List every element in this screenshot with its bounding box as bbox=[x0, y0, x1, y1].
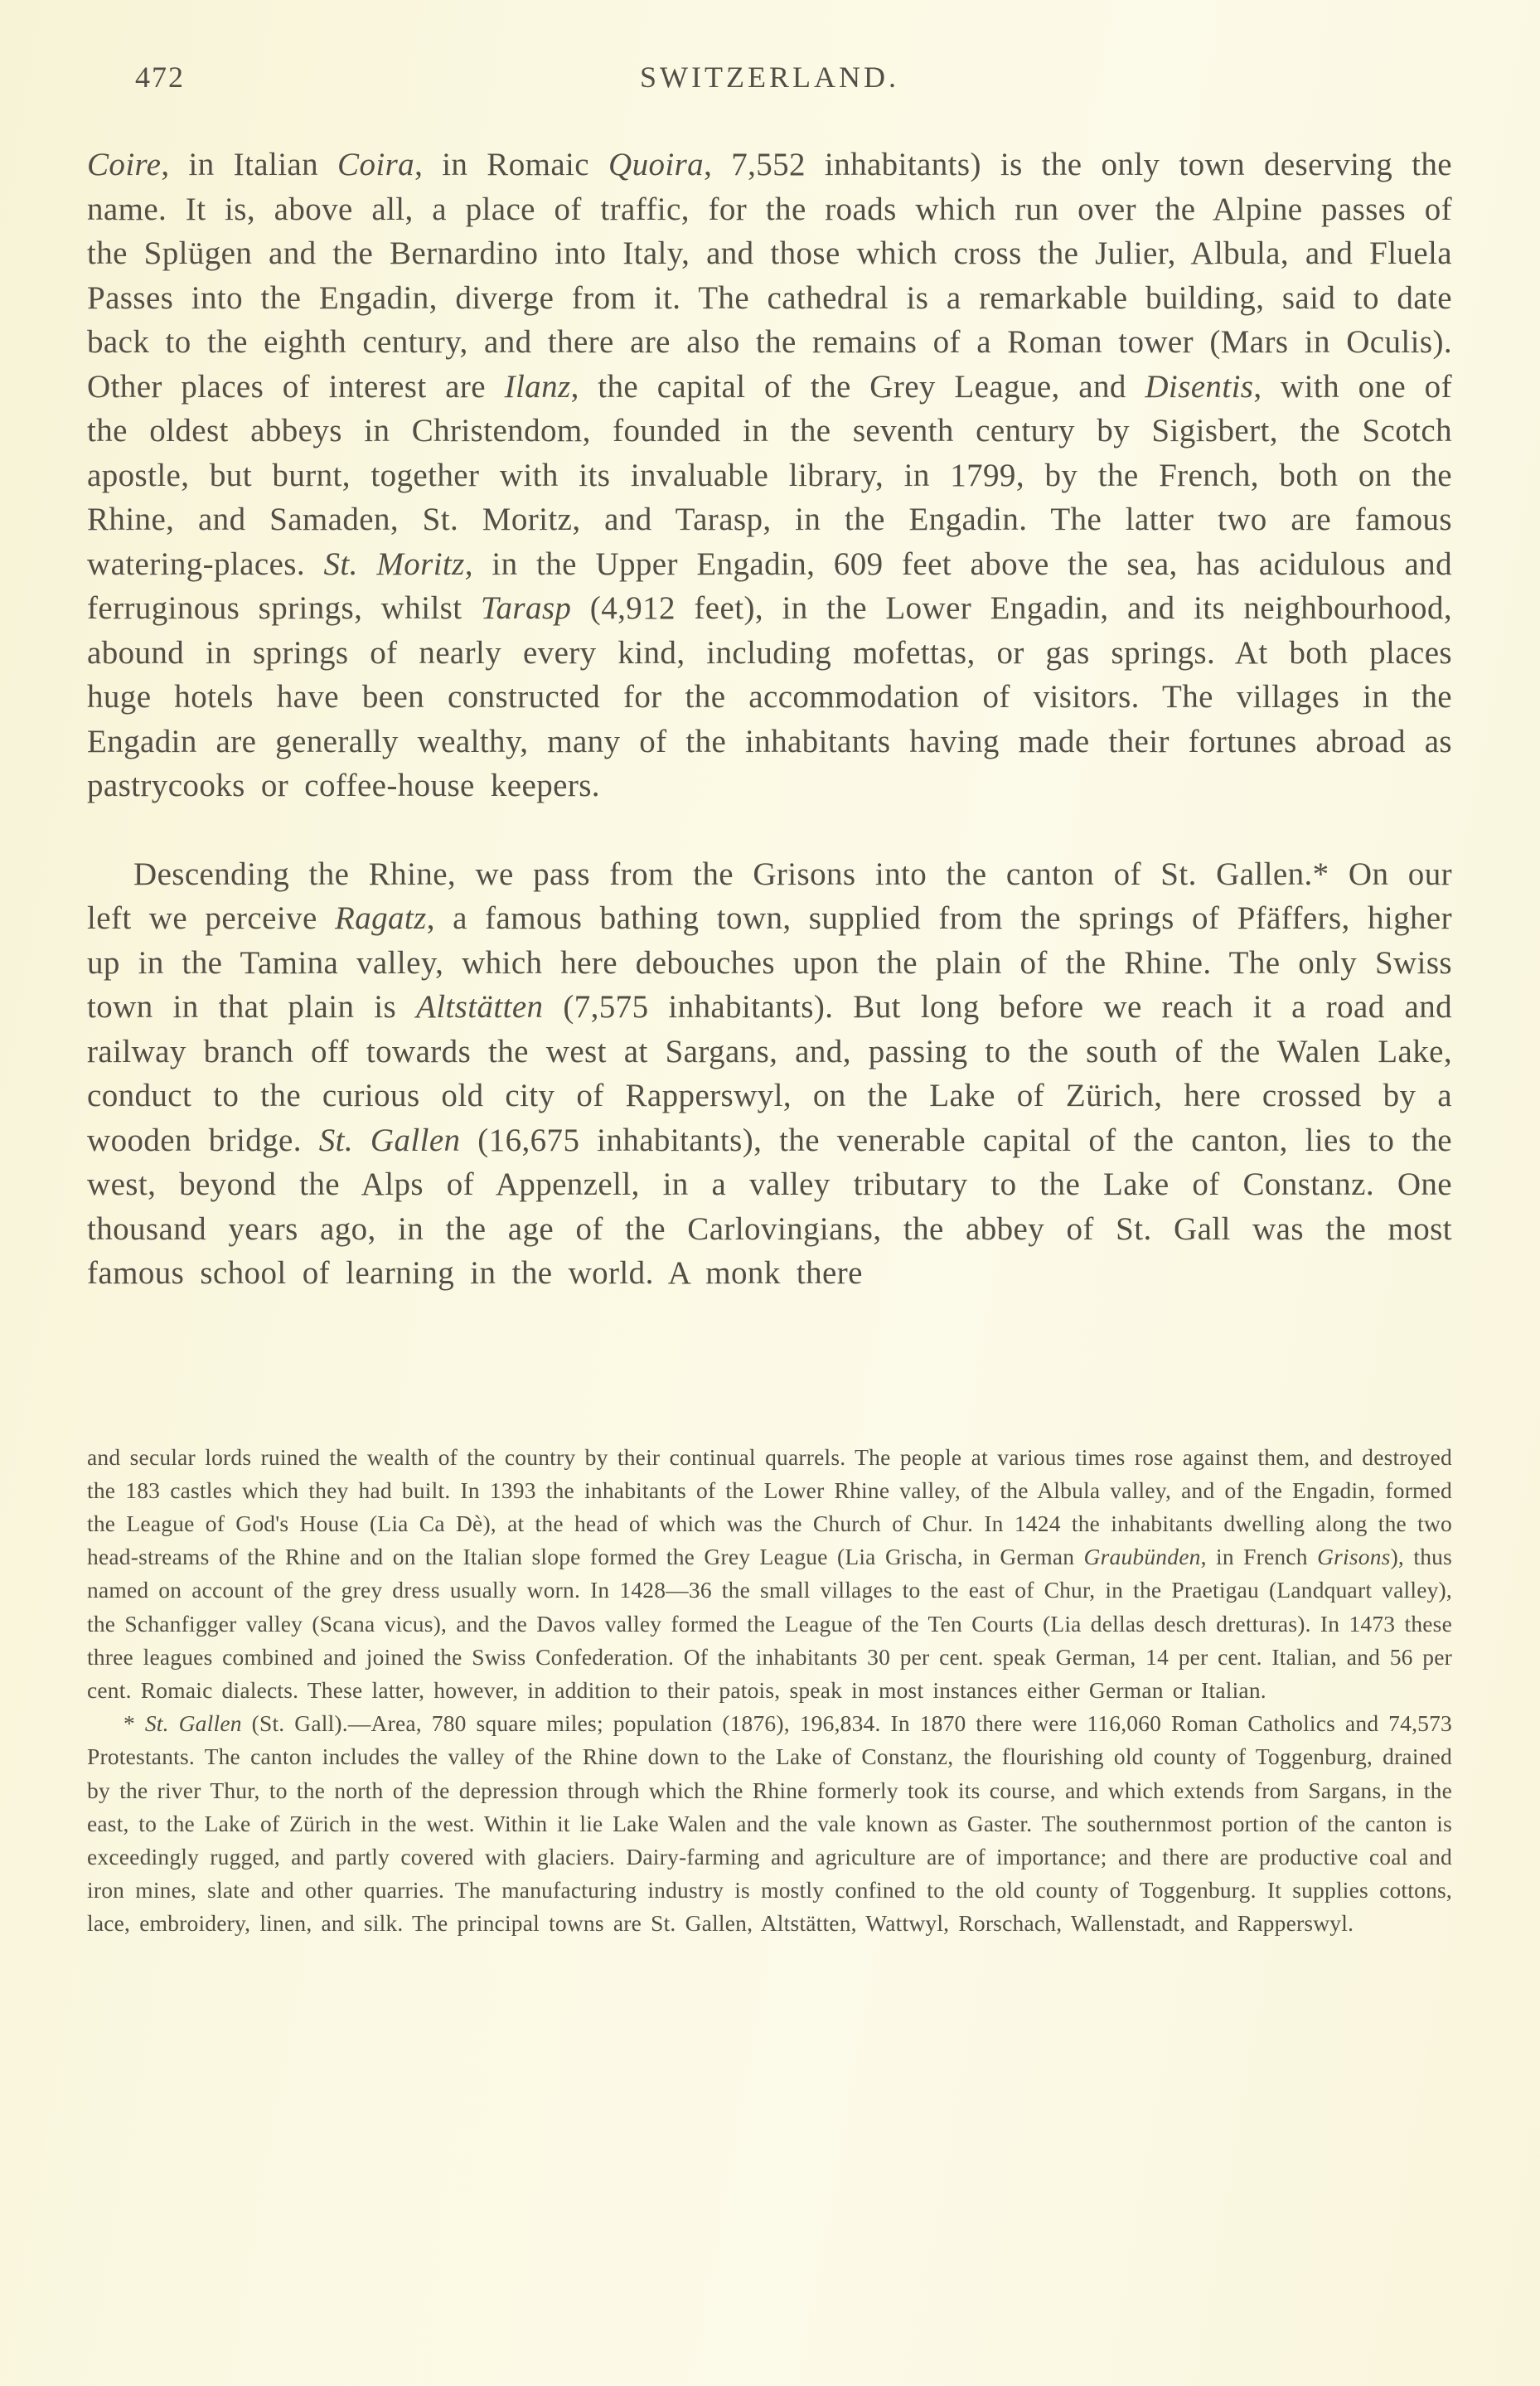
main-text: Coire, in Italian Coira, in Romaic Quoir… bbox=[87, 143, 1452, 1296]
text-segment: St. Moritz, bbox=[324, 546, 473, 582]
body-paragraph-1: Coire, in Italian Coira, in Romaic Quoir… bbox=[87, 143, 1452, 808]
book-page-scan: 472 SWITZERLAND. Coire, in Italian Coira… bbox=[0, 0, 1540, 2386]
text-segment: , in Italian bbox=[161, 147, 337, 182]
text-segment: , the capital of the Grey League, and bbox=[571, 369, 1145, 405]
text-segment: St. Gallen bbox=[145, 1710, 242, 1736]
page-header: 472 SWITZERLAND. bbox=[87, 60, 1452, 111]
text-segment: , in French bbox=[1201, 1544, 1317, 1569]
text-segment: Tarasp bbox=[481, 590, 571, 626]
footnote-paragraph-1: and secular lords ruined the wealth of t… bbox=[87, 1441, 1452, 1708]
page-number: 472 bbox=[135, 60, 185, 95]
text-segment: , in Romaic bbox=[414, 147, 608, 182]
page-content: 472 SWITZERLAND. Coire, in Italian Coira… bbox=[87, 60, 1452, 1941]
text-segment: Coire bbox=[87, 147, 161, 182]
footnote-paragraph-2: * St. Gallen (St. Gall).—Area, 780 squar… bbox=[87, 1707, 1452, 1940]
text-segment: Coira bbox=[337, 147, 414, 182]
text-segment: St. Gallen bbox=[319, 1123, 461, 1158]
text-segment: * bbox=[123, 1710, 145, 1736]
text-segment: Ragatz bbox=[335, 900, 427, 936]
running-title: SWITZERLAND. bbox=[87, 60, 1452, 95]
text-segment: Graubünden bbox=[1084, 1544, 1201, 1569]
footnote-section: and secular lords ruined the wealth of t… bbox=[87, 1441, 1452, 1941]
text-segment: (St. Gall).—Area, 780 square miles; popu… bbox=[87, 1710, 1452, 1936]
text-segment: Altstätten bbox=[416, 989, 544, 1025]
text-segment: Ilanz bbox=[505, 369, 571, 405]
text-segment: Grisons bbox=[1317, 1544, 1391, 1569]
text-segment: Quoira bbox=[608, 147, 704, 182]
text-segment: Disentis bbox=[1145, 369, 1253, 405]
body-paragraph-2: Descending the Rhine, we pass from the G… bbox=[87, 852, 1452, 1296]
text-segment: , 7,552 inhabitants) is the only town de… bbox=[87, 147, 1452, 405]
